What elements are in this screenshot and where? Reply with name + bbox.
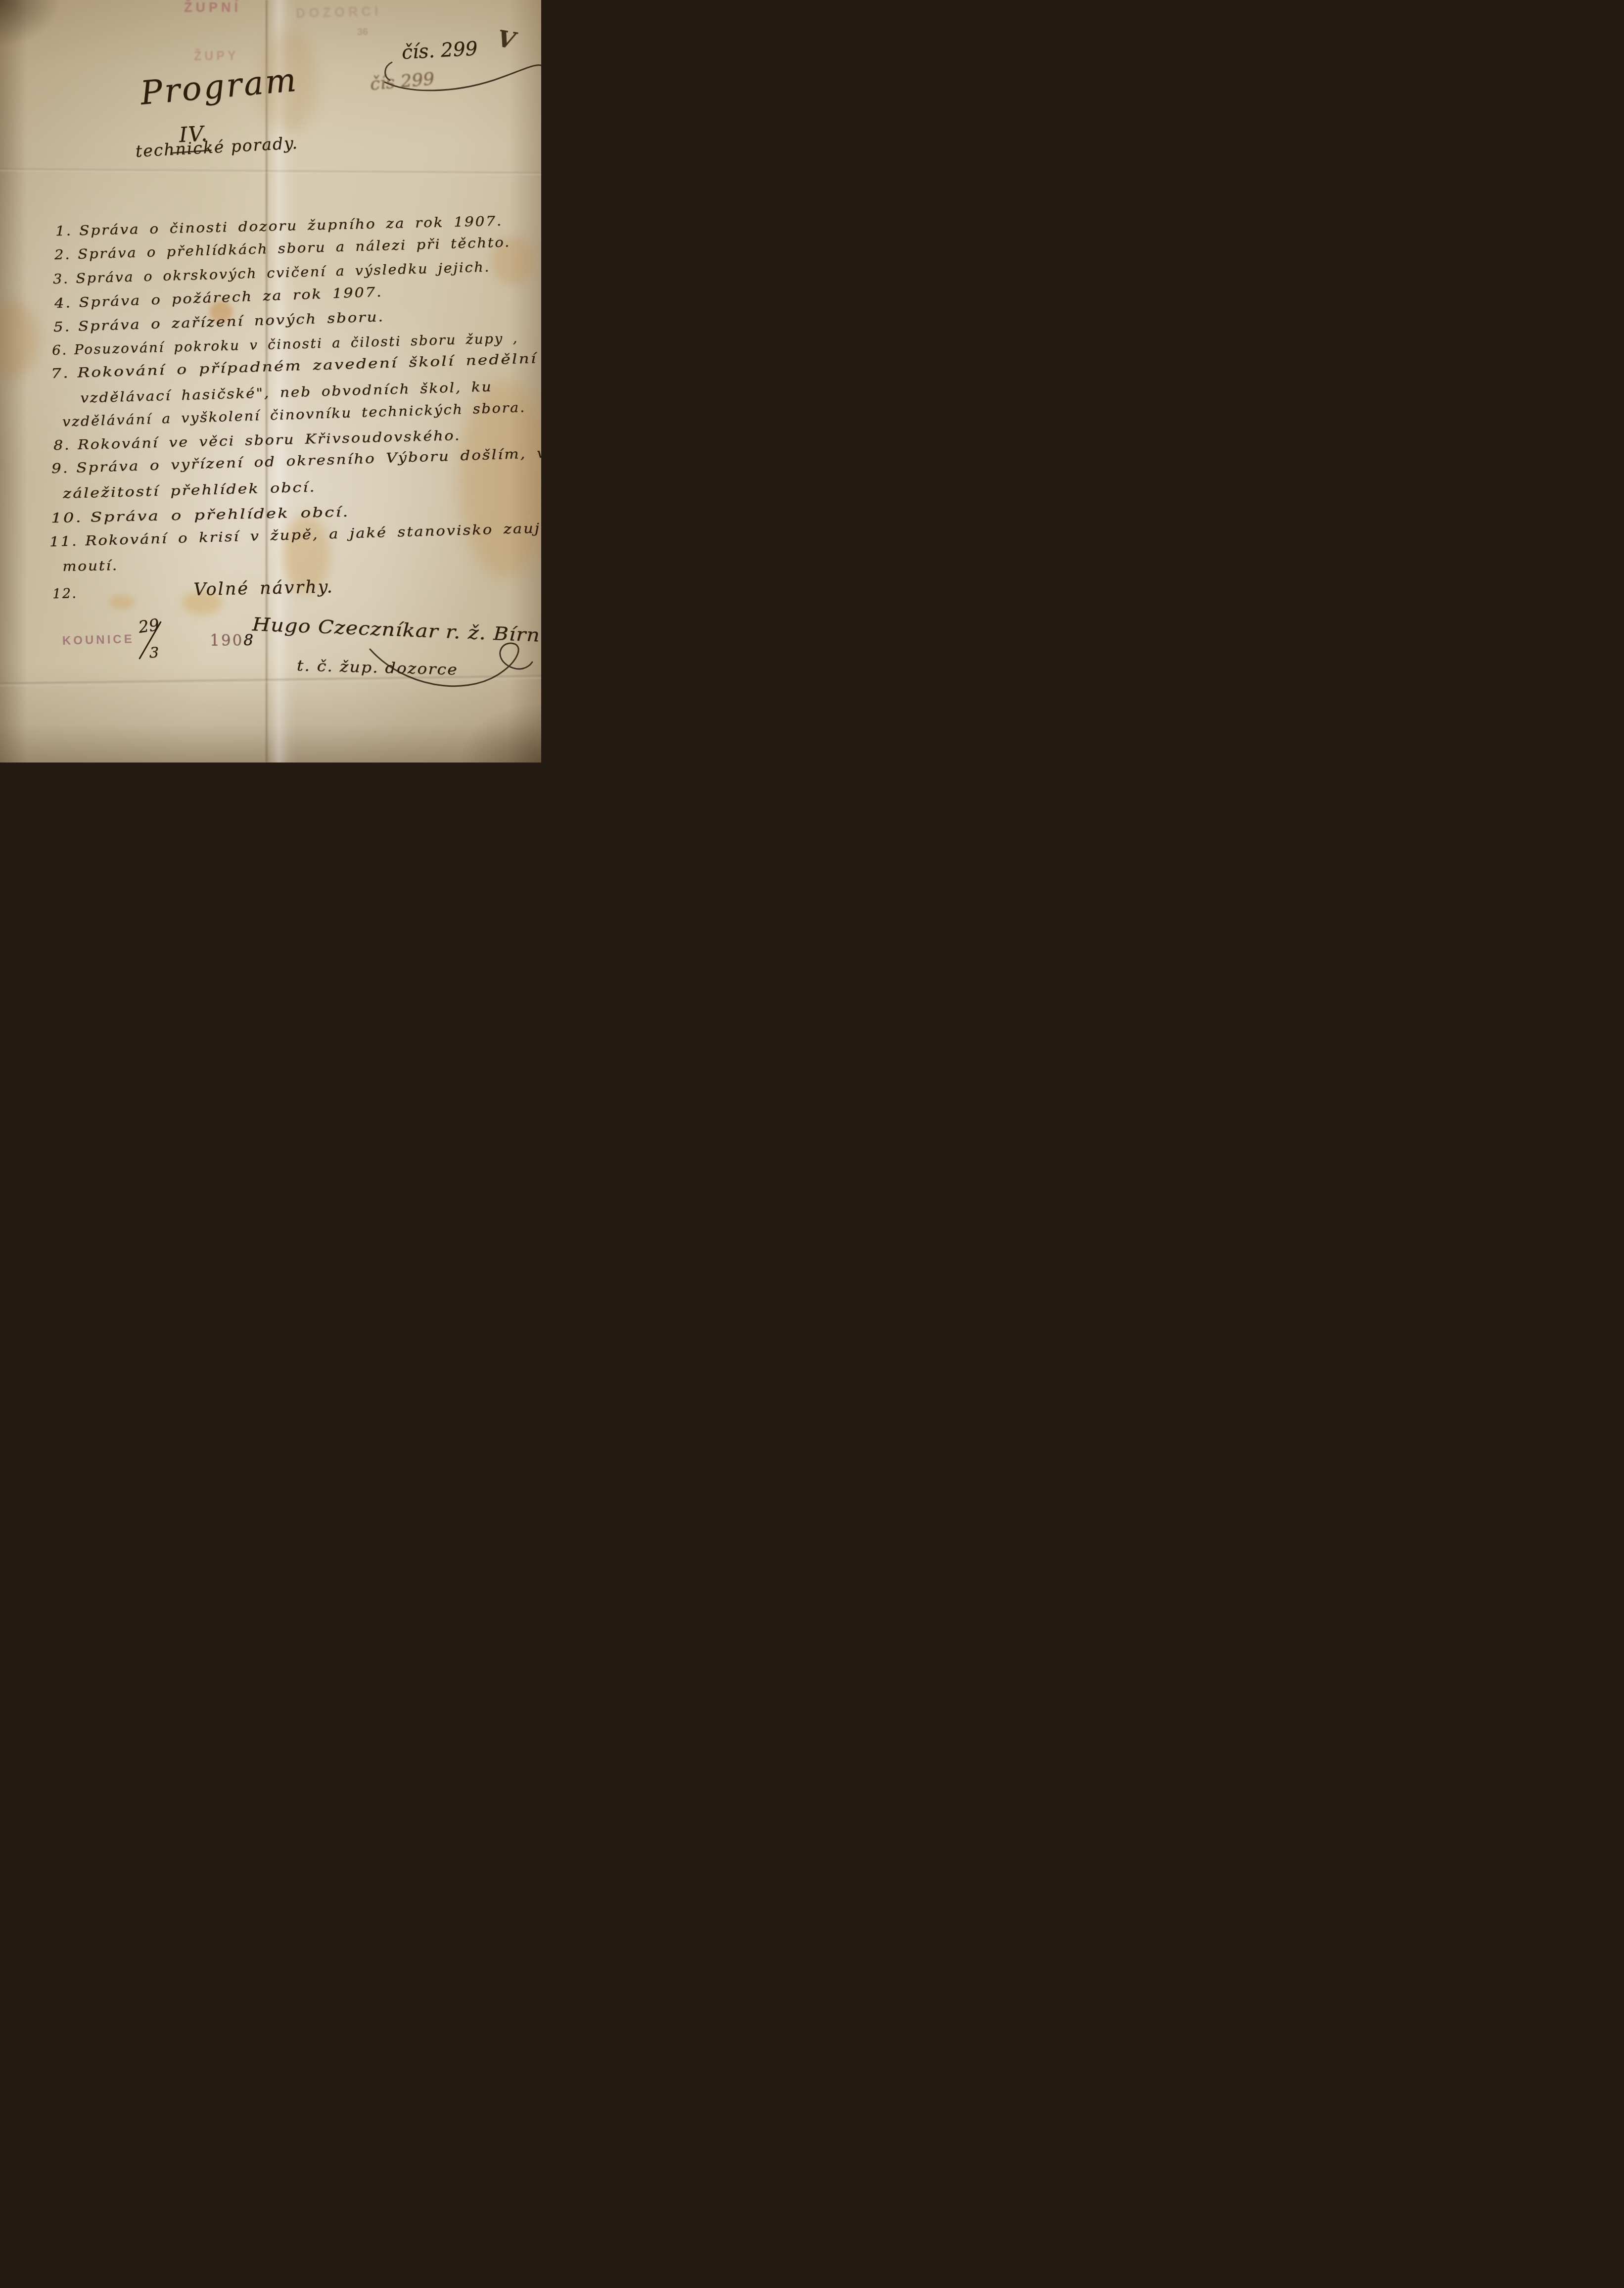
faded-stamp-number: 36 <box>357 27 368 38</box>
date-month: 3 <box>149 644 159 662</box>
vertical-fold-highlight <box>269 0 297 763</box>
agenda-line-1: 1.Správa o činosti dozoru župního za rok… <box>55 213 503 239</box>
agenda-line-10: 10.Správa o přehlídek obcí. <box>51 504 350 526</box>
horizontal-crease-bottom <box>0 675 541 686</box>
date-year: 1908 <box>210 631 255 649</box>
check-mark: V <box>496 25 517 54</box>
item-text: Rokování ve věci sboru Křivsoudovského. <box>78 428 461 453</box>
date-fraction: 29 3 <box>135 618 166 665</box>
item-number: 1. <box>55 223 73 239</box>
agenda-line-3: 3.Správa o okrskových cvičení a výsledku… <box>53 259 491 287</box>
item-number: 8. <box>53 437 71 453</box>
agenda-line-12: 12.Volné návrhy. <box>52 577 334 603</box>
item-number: 2. <box>54 247 71 263</box>
agenda-line-9-wrap: záležitostí přehlídek obcí. <box>55 479 316 502</box>
agenda-line-5: 5.Správa o zařízení nových sboru. <box>53 309 385 335</box>
vertical-fold-crease <box>266 0 268 763</box>
agenda-line-4: 4.Správa o požárech za rok 1907. <box>54 285 383 311</box>
item-text: Správa o zařízení nových sboru. <box>78 309 384 334</box>
faded-stamp-dozorci: DOZORCI <box>296 3 382 21</box>
item-number: 11. <box>49 533 78 550</box>
faded-stamp-zupni: ŽUPNÍ <box>184 0 241 15</box>
item-number: 5. <box>53 319 71 335</box>
item-text: Volné návrhy. <box>193 577 334 600</box>
year-stamped-part: 190 <box>210 631 243 649</box>
document-title: Program <box>139 60 300 112</box>
item-number: 3. <box>53 271 69 287</box>
title-subtitle: technické porady. <box>135 133 299 161</box>
corner-shadow <box>0 0 129 99</box>
signature: Hugo Czeczníkar r. ž. Bírník <box>252 614 541 647</box>
agenda-line-2: 2.Správa o přehlídkách sboru a nálezi př… <box>54 235 511 263</box>
document-photo: ŽUPNÍ ŽUPY DOZORCI 36 čís. 299 čís 299 V… <box>0 0 541 763</box>
item-number: 12. <box>52 586 78 602</box>
item-number: 4. <box>54 295 72 311</box>
item-text: záležitostí přehlídek obcí. <box>63 479 316 501</box>
reference-number-ghost: čís 299 <box>369 69 435 95</box>
signature-role: t. č. žup. dozorce <box>297 657 459 679</box>
item-number: 6. <box>52 342 68 358</box>
item-text: vzdělávací hasičské", neb obvodních škol… <box>80 379 493 406</box>
item-text: Správa o činosti dozoru župního za rok 1… <box>79 213 503 238</box>
agenda-line-7-wrap-1: vzdělávací hasičské", neb obvodních škol… <box>73 379 493 406</box>
item-text: moutí. <box>62 558 118 574</box>
item-number: 9. <box>51 461 69 477</box>
agenda-line-11: 11.Rokování o krisí v župě, a jaké stano… <box>49 520 541 550</box>
faded-stamp-zupy: ŽUPY <box>194 48 239 64</box>
agenda-line-8: 8.Rokování ve věci sboru Křivsoudovského… <box>53 428 461 453</box>
item-text: Správa o okrskových cvičení a výsledku j… <box>76 259 491 286</box>
item-text: Správa o přehlídkách sboru a nálezi při … <box>78 235 511 262</box>
reference-number: čís. 299 <box>401 38 478 64</box>
place-stamp-kounice: KOUNICE <box>62 632 135 648</box>
horizontal-crease-top <box>0 168 541 175</box>
item-number: 10. <box>51 510 83 526</box>
item-text: Rokování o krisí v župě, a jaké stanovis… <box>85 520 541 549</box>
item-number: 7. <box>51 366 70 381</box>
item-text: Správa o požárech za rok 1907. <box>79 285 383 310</box>
item-text: Správa o přehlídek obcí. <box>91 504 350 525</box>
agenda-line-11-wrap: moutí. <box>55 558 118 574</box>
stain <box>0 301 38 378</box>
